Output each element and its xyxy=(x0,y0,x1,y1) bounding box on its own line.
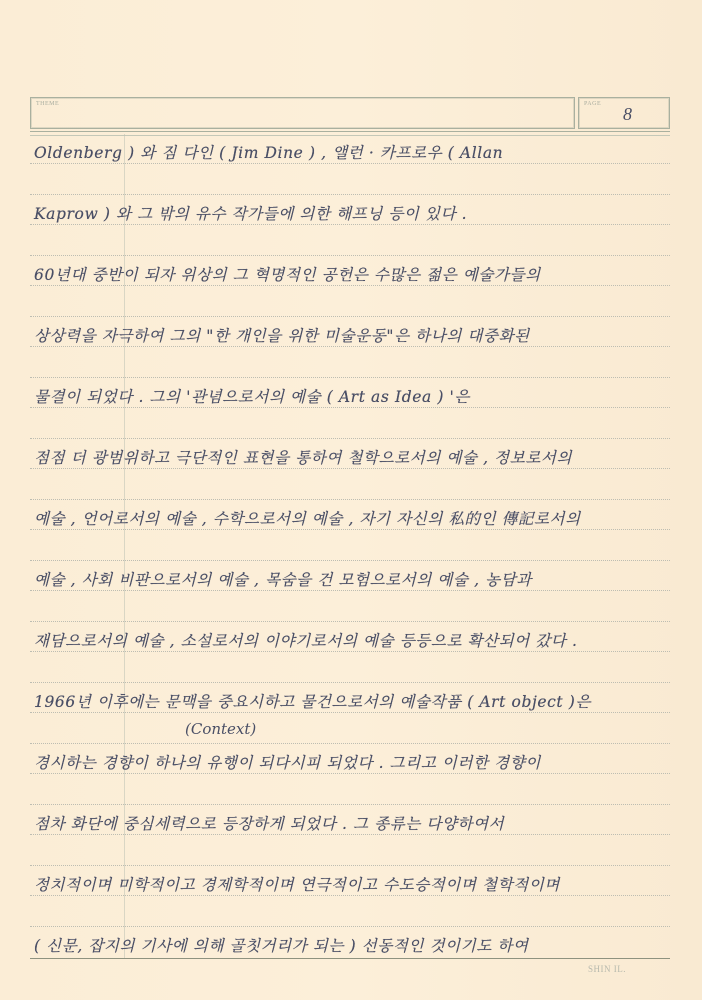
ruled-line xyxy=(30,529,670,530)
header-double-rule xyxy=(30,131,670,136)
ruled-line xyxy=(30,560,670,561)
theme-label: THEME xyxy=(36,101,59,107)
text-line: 예술 , 사회 비판으로서의 예술 , 목숨을 건 모험으로서의 예술 , 농담… xyxy=(34,568,670,590)
text-line: 예술 , 언어로서의 예술 , 수학으로서의 예술 , 자기 자신의 私的인 傳… xyxy=(34,507,670,529)
context-annotation: (Context) xyxy=(185,720,256,738)
ruled-line xyxy=(30,621,670,622)
ruled-line xyxy=(30,285,670,286)
ruled-line xyxy=(30,804,670,805)
ruled-line xyxy=(30,743,670,744)
page-number: 8 xyxy=(623,104,632,125)
text-line: Kaprow ) 와 그 밖의 유수 작가들에 의한 해프닝 등이 있다 . xyxy=(34,202,670,224)
ruled-line xyxy=(30,651,670,652)
text-line: 점차 화단에 중심세력으로 등장하게 되었다 . 그 종류는 다양하여서 xyxy=(34,812,670,834)
footer-brand: SHIN IL. xyxy=(588,964,626,974)
ruled-line xyxy=(30,682,670,683)
text-line: 경시하는 경향이 하나의 유행이 되다시피 되었다 . 그리고 이러한 경향이 xyxy=(34,751,670,773)
text-line: 재담으로서의 예술 , 소설로서의 이야기로서의 예술 등등으로 확산되어 갔다… xyxy=(34,629,670,651)
text-line: 점점 더 광범위하고 극단적인 표현을 통하여 철학으로서의 예술 , 정보로서… xyxy=(34,446,670,468)
text-line: 정치적이며 미학적이고 경제학적이며 연극적이고 수도승적이며 철학적이며 xyxy=(34,873,670,895)
ruled-line xyxy=(30,224,670,225)
ruled-line xyxy=(30,346,670,347)
ruled-line xyxy=(30,865,670,866)
ruled-line xyxy=(30,926,670,927)
ruled-line xyxy=(30,499,670,500)
ruled-line xyxy=(30,590,670,591)
ruled-line xyxy=(30,438,670,439)
ruled-line xyxy=(30,194,670,195)
text-line: 1966년 이후에는 문맥을 중요시하고 물건으로서의 예술작품 ( Art o… xyxy=(34,690,670,712)
ruled-line xyxy=(30,377,670,378)
ruled-line xyxy=(30,255,670,256)
text-line: 상상력을 자극하여 그의 "한 개인을 위한 미술운동"은 하나의 대중화된 xyxy=(34,324,670,346)
ruled-line xyxy=(30,834,670,835)
ruled-line xyxy=(30,407,670,408)
text-line: 물결이 되었다 . 그의 '관념으로서의 예술 ( Art as Idea ) … xyxy=(34,385,670,407)
ruled-line xyxy=(30,468,670,469)
page-box: PAGE 8 xyxy=(578,97,670,129)
ruled-line xyxy=(30,895,670,896)
ruled-line xyxy=(30,163,670,164)
text-line: ( 신문, 잡지의 기사에 의해 골칫거리가 되는 ) 선동적인 것이기도 하여 xyxy=(34,934,670,956)
notebook-page: THEME PAGE 8 Oldenberg ) 와 짐 다인 ( Jim Di… xyxy=(0,0,702,1000)
page-label: PAGE xyxy=(584,101,601,107)
ruled-line xyxy=(30,773,670,774)
ruled-line xyxy=(30,712,670,713)
text-line: Oldenberg ) 와 짐 다인 ( Jim Dine ) , 앨런 · 카… xyxy=(34,141,670,163)
bottom-rule xyxy=(30,958,670,959)
ruled-line xyxy=(30,316,670,317)
text-line: 60년대 중반이 되자 위상의 그 혁명적인 공헌은 수많은 젊은 예술가들의 xyxy=(34,263,670,285)
theme-box: THEME xyxy=(30,97,575,129)
